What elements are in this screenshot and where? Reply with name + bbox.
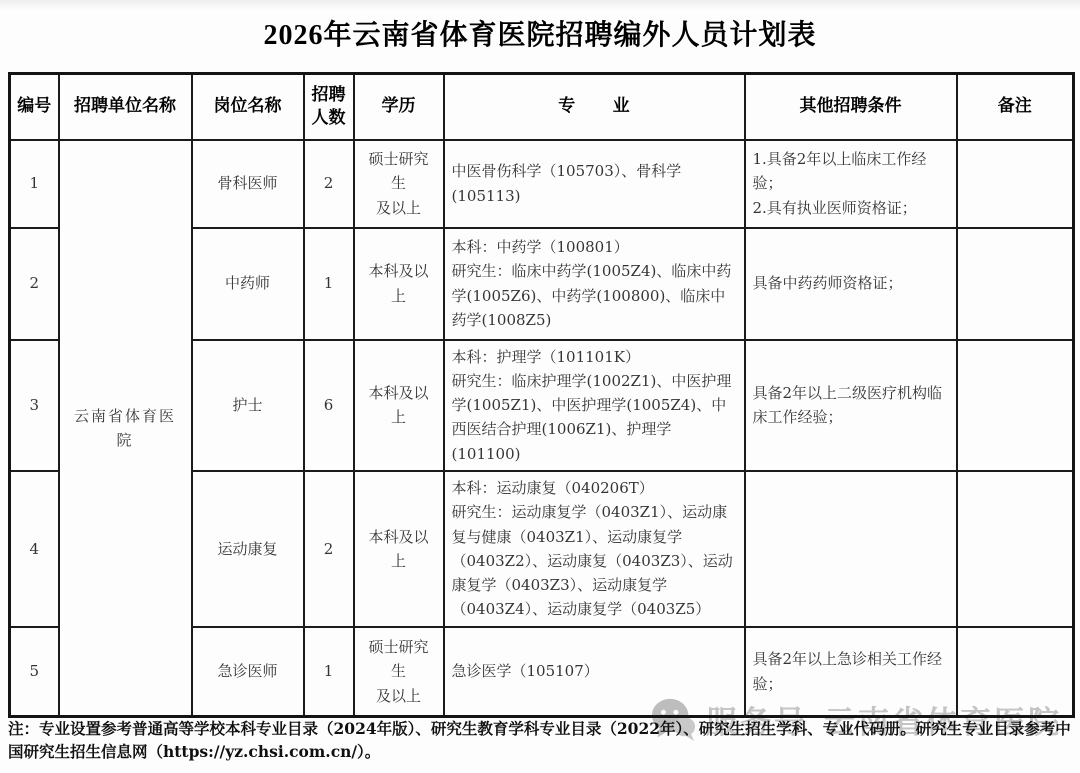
table-row: 1 云南省体育医院 骨科医师 2 硕士研究生 及以上 中医骨伤科学（105703… xyxy=(10,140,1074,228)
conditions-cell: 具备中药药师资格证； xyxy=(745,228,957,340)
education-cell: 硕士研究生 及以上 xyxy=(354,140,444,228)
position-cell: 急诊医师 xyxy=(192,627,304,717)
col-header-count: 招聘人数 xyxy=(304,74,354,140)
conditions-cell: 1.具备2年以上临床工作经验； 2.具有执业医师资格证； xyxy=(745,140,957,228)
education-cell: 本科及以上 xyxy=(354,471,444,627)
count-cell: 2 xyxy=(304,471,354,627)
conditions-cell: 具备2年以上二级医疗机构临床工作经验； xyxy=(745,340,957,471)
col-header-conditions: 其他招聘条件 xyxy=(745,74,957,140)
unit-name-cell: 云南省体育医院 xyxy=(59,140,192,717)
row-no: 4 xyxy=(10,471,59,627)
conditions-cell xyxy=(745,471,957,627)
col-header-major-label: 专业 xyxy=(558,96,667,115)
position-cell: 运动康复 xyxy=(192,471,304,627)
col-header-no: 编号 xyxy=(10,74,59,140)
col-header-education: 学历 xyxy=(354,74,444,140)
position-cell: 护士 xyxy=(192,340,304,471)
count-cell: 2 xyxy=(304,140,354,228)
remark-cell xyxy=(957,140,1074,228)
row-no: 2 xyxy=(10,228,59,340)
education-cell: 本科及以上 xyxy=(354,228,444,340)
col-header-major: 专业 xyxy=(444,74,745,140)
remark-cell xyxy=(957,340,1074,471)
position-cell: 中药师 xyxy=(192,228,304,340)
table-header-row: 编号 招聘单位名称 岗位名称 招聘人数 学历 专业 其他招聘条件 备注 xyxy=(10,74,1074,140)
page-title: 2026年云南省体育医院招聘编外人员计划表 xyxy=(0,13,1080,53)
education-cell: 硕士研究生 及以上 xyxy=(354,627,444,717)
remark-cell xyxy=(957,471,1074,627)
row-no: 5 xyxy=(10,627,59,717)
count-cell: 1 xyxy=(304,627,354,717)
document-page: 2026年云南省体育医院招聘编外人员计划表 编号 招聘单位名称 岗位名称 招聘人… xyxy=(0,0,1080,773)
conditions-cell: 具备2年以上急诊相关工作经验； xyxy=(745,627,957,717)
col-header-position: 岗位名称 xyxy=(192,74,304,140)
col-header-unit: 招聘单位名称 xyxy=(59,74,192,140)
recruitment-plan-table: 编号 招聘单位名称 岗位名称 招聘人数 学历 专业 其他招聘条件 备注 1 云南… xyxy=(8,72,1075,718)
row-no: 3 xyxy=(10,340,59,471)
position-cell: 骨科医师 xyxy=(192,140,304,228)
major-cell: 急诊医学（105107） xyxy=(444,627,745,717)
major-cell: 中医骨伤科学（105703）、骨科学(105113) xyxy=(444,140,745,228)
remark-cell xyxy=(957,627,1074,717)
education-cell: 本科及以上 xyxy=(354,340,444,471)
major-cell: 本科：中药学（100801） 研究生：临床中药学(1005Z4)、临床中药学(1… xyxy=(444,228,745,340)
page-top-strip xyxy=(0,0,1080,10)
major-cell: 本科：护理学（101101K） 研究生：临床护理学(1002Z1)、中医护理学(… xyxy=(444,340,745,471)
major-cell: 本科：运动康复（040206T） 研究生：运动康复学（0403Z1）、运动康复与… xyxy=(444,471,745,627)
remark-cell xyxy=(957,228,1074,340)
count-cell: 6 xyxy=(304,340,354,471)
count-cell: 1 xyxy=(304,228,354,340)
row-no: 1 xyxy=(10,140,59,228)
col-header-remark: 备注 xyxy=(957,74,1074,140)
footnote: 注：专业设置参考普通高等学校本科专业目录（2024年版）、研究生教育学科专业目录… xyxy=(8,717,1076,764)
